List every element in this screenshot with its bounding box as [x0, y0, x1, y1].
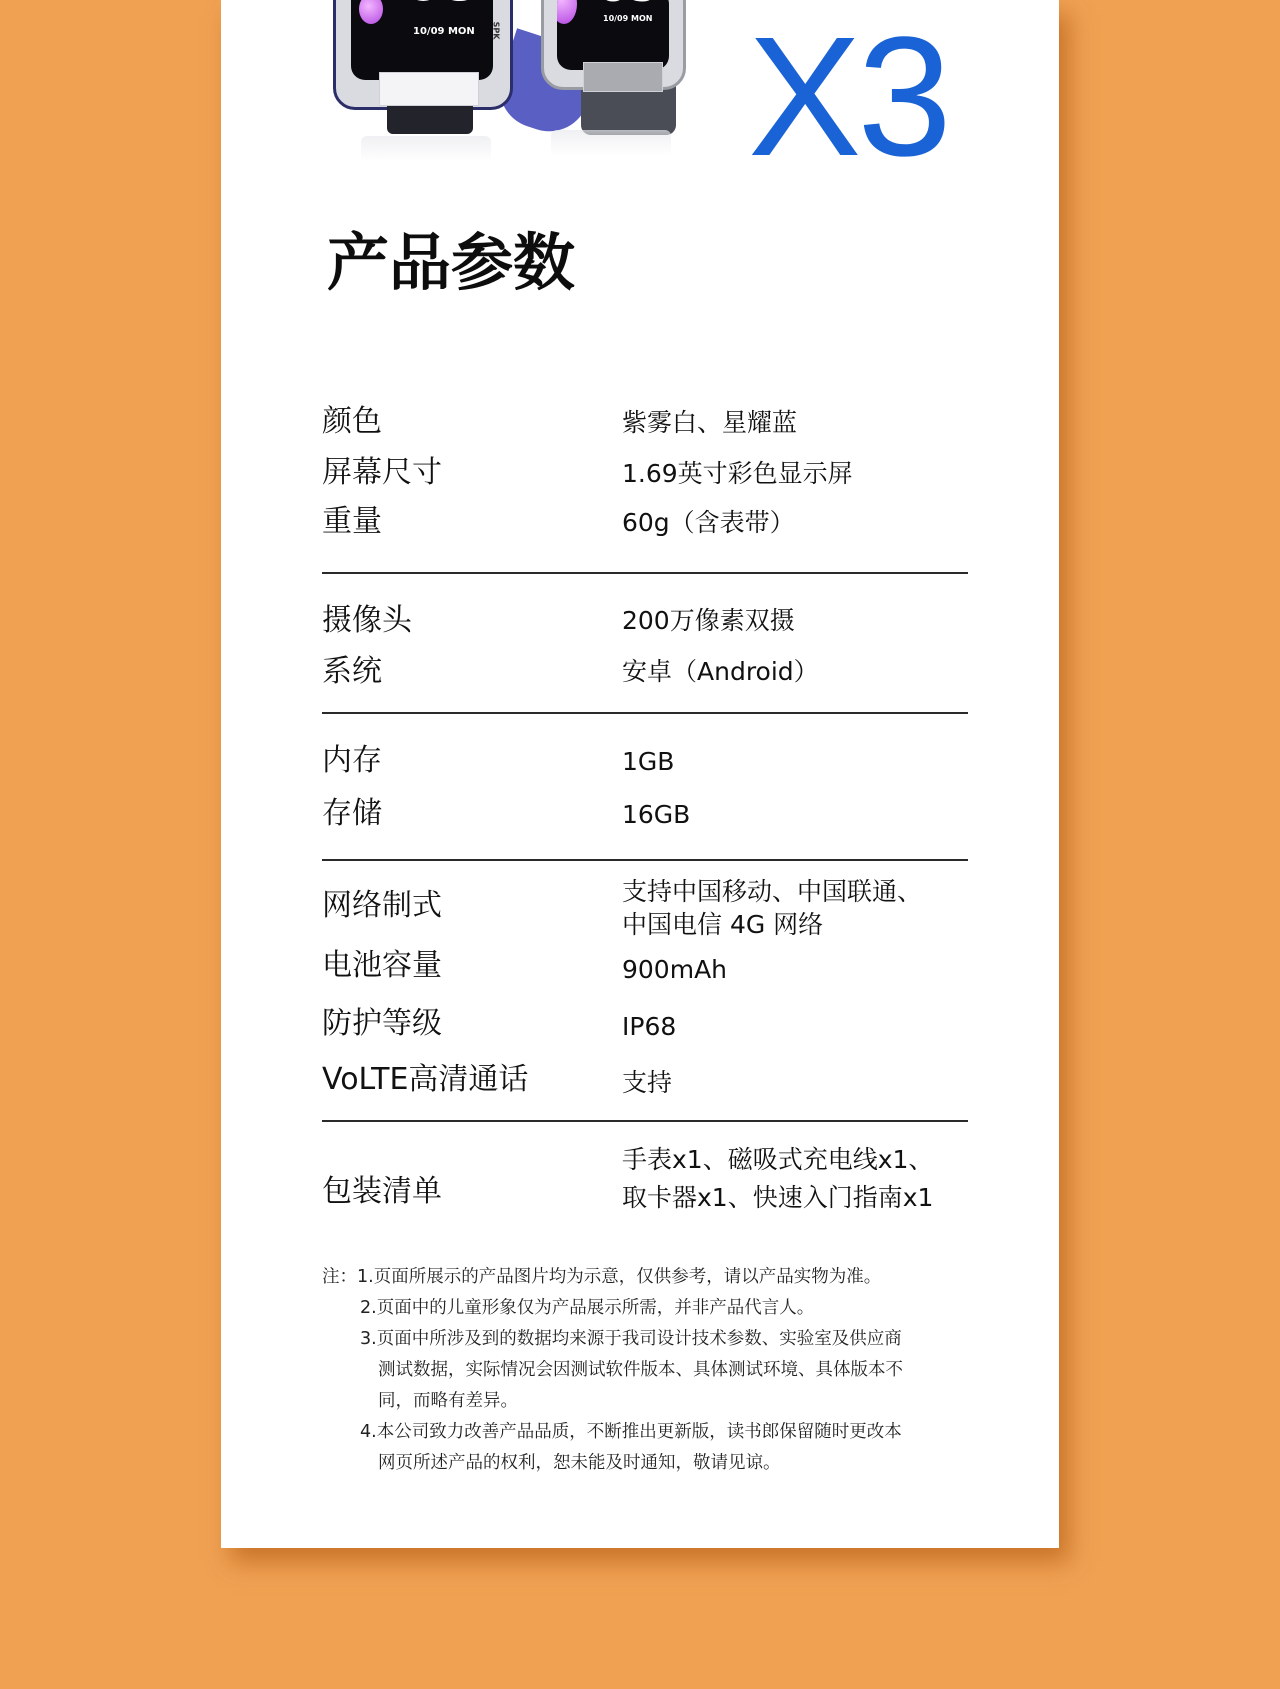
divider — [322, 572, 968, 574]
watch-date: 10/09 MON — [413, 26, 475, 37]
watch-time: 09 — [403, 0, 484, 14]
watch-image-right: 09 10/09 MON — [521, 0, 691, 165]
watch-bubble-icon — [557, 0, 577, 24]
disclaimer-notes: 注：1.页面所展示的产品图片均为示意，仅供参考，请以产品实物为准。 2.页面中的… — [322, 1262, 982, 1479]
spec-label-ram: 内存 — [322, 744, 382, 778]
watch-screen: 09 10/09 MON — [557, 0, 669, 70]
spec-value-weight: 60g（含表带） — [622, 506, 795, 539]
spec-value-package-line1: 手表x1、磁吸式充电线x1、 — [622, 1143, 933, 1176]
divider — [322, 1120, 968, 1122]
spec-value-system: 安卓（Android） — [622, 655, 819, 688]
divider — [322, 859, 968, 861]
spec-value-network-line1: 支持中国移动、中国联通、 — [622, 875, 922, 908]
spec-card: 09 10/09 MON 09 10/09 MON SPK X3 产品参数 颜色 — [221, 0, 1059, 1548]
spec-label-battery: 电池容量 — [322, 949, 442, 983]
note-item-1: 注：1.页面所展示的产品图片均为示意，仅供参考，请以产品实物为准。 — [322, 1262, 982, 1293]
spec-label-weight: 重量 — [322, 505, 382, 539]
watch-reflection — [551, 130, 671, 156]
spec-value-protection: IP68 — [622, 1010, 676, 1043]
spec-label-package: 包装清单 — [322, 1175, 442, 1209]
watch-side-label: SPK — [491, 22, 500, 40]
watch-reflection — [361, 136, 491, 162]
spec-label-system: 系统 — [322, 655, 382, 689]
note-item-4: 4.本公司致力改善产品品质，不断推出更新版，读书郎保留随时更改本 — [322, 1417, 982, 1448]
spec-value-volte: 支持 — [622, 1066, 672, 1099]
watch-lug — [583, 62, 663, 92]
note-item-4-cont: 网页所述产品的权利，恕未能及时通知，敬请见谅。 — [322, 1448, 982, 1479]
spec-label-network: 网络制式 — [322, 889, 442, 923]
watch-lug — [379, 72, 479, 106]
spec-value-screen-size: 1.69英寸彩色显示屏 — [622, 457, 853, 490]
spec-label-volte: VoLTE高清通话 — [322, 1063, 528, 1097]
watch-bubble-icon — [359, 0, 383, 24]
spec-label-protection: 防护等级 — [322, 1007, 442, 1041]
watch-strap — [387, 106, 473, 134]
spec-value-storage: 16GB — [622, 798, 690, 831]
watch-date: 10/09 MON — [603, 14, 652, 23]
note-item-3-cont: 测试数据，实际情况会因测试软件版本、具体测试环境、具体版本不 — [322, 1355, 982, 1386]
spec-value-ram: 1GB — [622, 745, 674, 778]
watch-image-left: 09 10/09 MON SPK — [331, 0, 521, 165]
spec-value-camera: 200万像素双摄 — [622, 604, 795, 637]
divider — [322, 712, 968, 714]
note-item-3-cont: 同，而略有差异。 — [322, 1386, 982, 1417]
watch-screen: 09 10/09 MON — [351, 0, 493, 80]
spec-value-battery: 900mAh — [622, 953, 727, 986]
spec-label-screen-size: 屏幕尺寸 — [322, 456, 442, 490]
page-title: 产品参数 — [327, 228, 575, 298]
note-prefix: 注： — [322, 1267, 357, 1287]
spec-value-network-line2: 中国电信 4G 网络 — [622, 908, 823, 941]
product-image: 09 10/09 MON 09 10/09 MON SPK — [331, 0, 701, 170]
spec-label-camera: 摄像头 — [322, 604, 412, 638]
spec-label-storage: 存储 — [322, 797, 382, 831]
spec-value-color: 紫雾白、星耀蓝 — [622, 406, 797, 439]
spec-label-color: 颜色 — [322, 405, 382, 439]
model-name: X3 — [748, 12, 948, 182]
note-item-2: 2.页面中的儿童形象仅为产品展示所需，并非产品代言人。 — [322, 1293, 982, 1324]
note-item-3: 3.页面中所涉及到的数据均来源于我司设计技术参数、实验室及供应商 — [322, 1324, 982, 1355]
spec-value-package-line2: 取卡器x1、快速入门指南x1 — [622, 1181, 933, 1214]
watch-time: 09 — [597, 0, 661, 12]
